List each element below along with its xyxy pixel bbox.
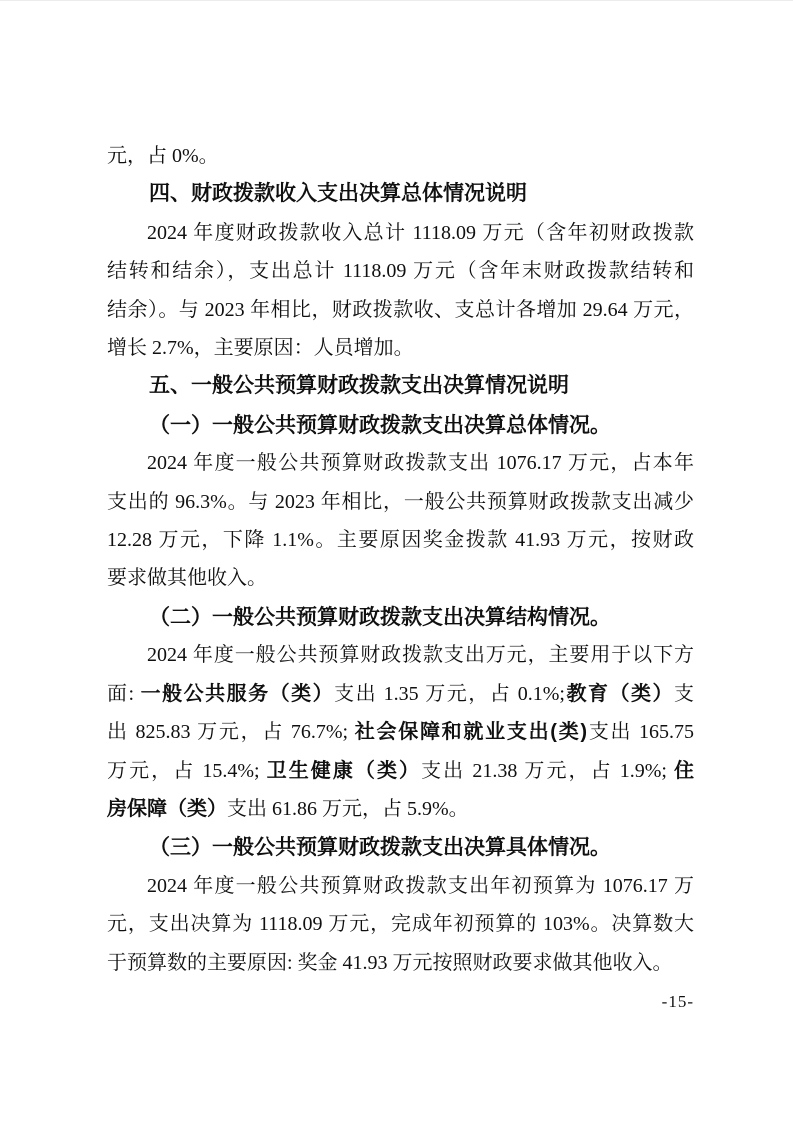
text-line: 支出的 96.3%。与 2023 年相比，一般公共预算财政拨款支出减少 <box>107 483 694 521</box>
text-line: 于预算数的主要原因: 奖金 41.93 万元按照财政要求做其他收入。 <box>107 944 694 982</box>
text-line: 2024 年度一般公共预算财政拨款支出年初预算为 1076.17 万 <box>107 867 694 905</box>
text-line: 元，占 0%。 <box>107 137 694 175</box>
text-run: 12.28 万元，下降 1.1%。主要原因奖金拨款 41.93 万元，按财政 <box>107 529 694 551</box>
heading-text: （三）一般公共预算财政拨款支出决算具体情况。 <box>149 835 611 859</box>
paragraph-5-3-body: 2024 年度一般公共预算财政拨款支出年初预算为 1076.17 万 元，支出决… <box>107 867 694 982</box>
paragraph-5-1-body: 2024 年度一般公共预算财政拨款支出 1076.17 万元，占本年 支出的 9… <box>107 444 694 598</box>
text-run: 支出 21.38 万元，占 1.9%; <box>421 760 674 782</box>
text-run: 增长 2.7%，主要原因：人员增加。 <box>107 337 414 359</box>
text-line: 12.28 万元，下降 1.1%。主要原因奖金拨款 41.93 万元，按财政 <box>107 521 694 559</box>
heading-section-5: 五、一般公共预算财政拨款支出决算情况说明 <box>107 367 694 405</box>
category-name: 住 <box>674 760 694 782</box>
category-name: 教育（类） <box>565 683 674 705</box>
text-run: 于预算数的主要原因: 奖金 41.93 万元按照财政要求做其他收入。 <box>107 952 673 974</box>
subheading-5-3: （三）一般公共预算财政拨款支出决算具体情况。 <box>107 828 694 866</box>
text-line: （一）一般公共预算财政拨款支出决算总体情况。 <box>107 406 694 444</box>
text-run: 支 <box>674 683 694 705</box>
text-line: 2024 年度一般公共预算财政拨款支出 1076.17 万元，占本年 <box>107 444 694 482</box>
text-run: 结余）。与 2023 年相比，财政拨款收、支总计各增加 29.64 万元， <box>107 299 694 321</box>
text-line: 要求做其他收入。 <box>107 559 694 597</box>
document-page: 元，占 0%。 四、财政拨款收入支出决算总体情况说明 2024 年度财政拨款收入… <box>0 0 793 1122</box>
text-line: 万元，占 15.4%; 卫生健康（类）支出 21.38 万元，占 1.9%; 住 <box>107 752 694 790</box>
heading-text: 五、一般公共预算财政拨款支出决算情况说明 <box>149 374 569 397</box>
text-line: 四、财政拨款收入支出决算总体情况说明 <box>107 175 694 213</box>
text-run: 支出 61.86 万元，占 5.9%。 <box>227 798 469 820</box>
text-run: 2024 年度财政拨款收入总计 1118.09 万元（含年初财政拨款 <box>147 222 694 244</box>
text-line: 房保障（类）支出 61.86 万元，占 5.9%。 <box>107 790 694 828</box>
text-run: 万元，占 15.4%; <box>107 760 267 782</box>
subheading-5-2: （二）一般公共预算财政拨款支出决算结构情况。 <box>107 598 694 636</box>
text-run: 支出的 96.3%。与 2023 年相比，一般公共预算财政拨款支出减少 <box>107 491 694 513</box>
paragraph-section-4-body: 2024 年度财政拨款收入总计 1118.09 万元（含年初财政拨款 结转和结余… <box>107 214 694 368</box>
text-line: （三）一般公共预算财政拨款支出决算具体情况。 <box>107 828 694 866</box>
heading-section-4: 四、财政拨款收入支出决算总体情况说明 <box>107 175 694 213</box>
subheading-5-1: （一）一般公共预算财政拨款支出决算总体情况。 <box>107 406 694 444</box>
text-line: 五、一般公共预算财政拨款支出决算情况说明 <box>107 367 694 405</box>
text-line: 元，支出决算为 1118.09 万元，完成年初预算的 103%。决算数大 <box>107 905 694 943</box>
text-run: 2024 年度一般公共预算财政拨款支出年初预算为 1076.17 万 <box>147 875 694 897</box>
text-run: 支出 1.35 万元，占 0.1%; <box>334 683 565 705</box>
heading-text: （一）一般公共预算财政拨款支出决算总体情况。 <box>149 413 611 437</box>
text-line: 2024 年度财政拨款收入总计 1118.09 万元（含年初财政拨款 <box>107 214 694 252</box>
text-run: 要求做其他收入。 <box>107 567 267 589</box>
text-line: 结转和结余），支出总计 1118.09 万元（含年末财政拨款结转和 <box>107 252 694 290</box>
paragraph-continuation: 元，占 0%。 <box>107 137 694 175</box>
text-run: 2024 年度一般公共预算财政拨款支出 1076.17 万元，占本年 <box>147 452 694 474</box>
category-name: 房保障（类） <box>107 798 227 820</box>
text-line: 结余）。与 2023 年相比，财政拨款收、支总计各增加 29.64 万元， <box>107 291 694 329</box>
text-run: 支出 165.75 <box>587 721 694 743</box>
text-run: 2024 年度一般公共预算财政拨款支出万元，主要用于以下方 <box>147 644 694 666</box>
page-content: 元，占 0%。 四、财政拨款收入支出决算总体情况说明 2024 年度财政拨款收入… <box>107 137 694 982</box>
text-run: 元，占 0%。 <box>107 145 219 167</box>
text-line: 出 825.83 万元，占 76.7%; 社会保障和就业支出(类)支出 165.… <box>107 713 694 751</box>
text-run: 面: <box>107 683 141 705</box>
page-number: -15- <box>662 992 694 1012</box>
category-name: 社会保障和就业支出(类) <box>355 721 587 743</box>
category-name: 卫生健康（类） <box>267 760 421 782</box>
text-run: 元，支出决算为 1118.09 万元，完成年初预算的 103%。决算数大 <box>107 913 694 935</box>
text-line: 增长 2.7%，主要原因：人员增加。 <box>107 329 694 367</box>
paragraph-5-2-body: 2024 年度一般公共预算财政拨款支出万元，主要用于以下方 面: 一般公共服务（… <box>107 636 694 828</box>
text-line: （二）一般公共预算财政拨款支出决算结构情况。 <box>107 598 694 636</box>
category-name: 一般公共服务（类） <box>141 683 335 705</box>
heading-text: 四、财政拨款收入支出决算总体情况说明 <box>149 182 527 205</box>
text-line: 2024 年度一般公共预算财政拨款支出万元，主要用于以下方 <box>107 636 694 674</box>
text-run: 出 825.83 万元，占 76.7%; <box>107 721 355 743</box>
text-line: 面: 一般公共服务（类）支出 1.35 万元，占 0.1%;教育（类）支 <box>107 675 694 713</box>
heading-text: （二）一般公共预算财政拨款支出决算结构情况。 <box>149 605 611 629</box>
text-run: 结转和结余），支出总计 1118.09 万元（含年末财政拨款结转和 <box>107 260 694 282</box>
